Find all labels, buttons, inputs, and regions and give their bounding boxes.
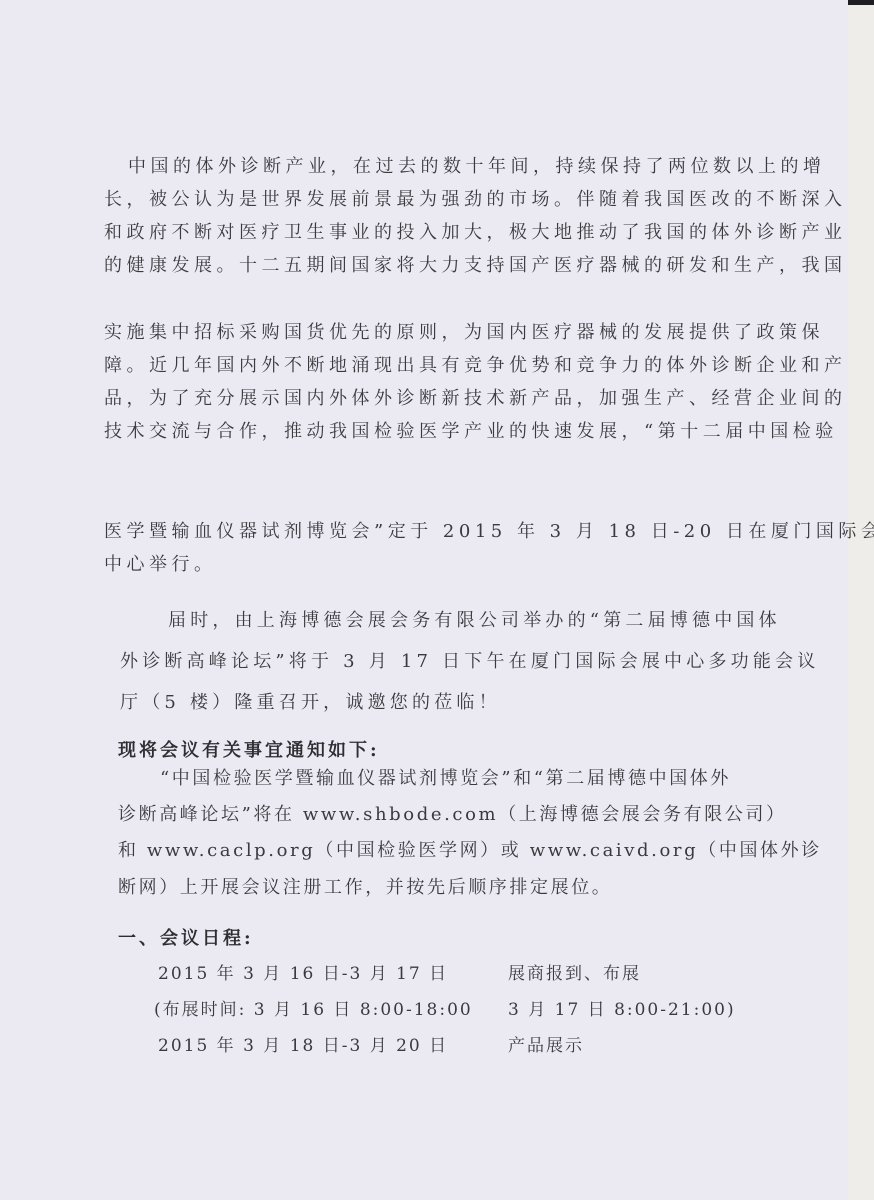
- scan-edge-bar: [848, 0, 874, 5]
- scanned-page: [0, 0, 848, 1200]
- schedule-activity: 3 月 17 日 8:00-21:00): [508, 995, 736, 1020]
- schedule-date: 2015 年 3 月 16 日-3 月 17 日: [158, 959, 448, 984]
- schedule-row: 2015 年 3 月 16 日-3 月 17 日 展商报到、布展: [158, 959, 758, 983]
- text-line: 的健康发展。十二五期间国家将大力支持国产医疗器械的研发和生产，我国: [104, 255, 847, 277]
- notice-heading: 现将会议有关事宜通知如下:: [118, 736, 380, 762]
- text-line: 长，被公认为是世界发展前景最为强劲的市场。伴随着我国医改的不断深入: [104, 189, 847, 211]
- schedule-activity: 产品展示: [508, 1031, 584, 1056]
- scan-edge-strip: [848, 0, 874, 1200]
- text-line: “中国检验医学暨输血仪器试剂博览会”和“第二届博德中国体外: [160, 768, 731, 790]
- text-line: 诊断高峰论坛”将在 www.shbode.com（上海博德会展会务有限公司）: [118, 804, 787, 826]
- text-line: 厅（5 楼）隆重召开，诚邀您的莅临！: [120, 692, 501, 714]
- text-line: 断网）上开展会议注册工作，并按先后顺序排定展位。: [118, 877, 612, 899]
- schedule-date: (布展时间: 3 月 16 日 8:00-18:00: [154, 995, 473, 1020]
- text-line: 和政府不断对医疗卫生事业的投入加大，极大地推动了我国的体外诊断产业: [104, 222, 847, 244]
- text-line: 障。近几年国内外不断地涌现出具有竞争优势和竞争力的体外诊断企业和产: [104, 355, 847, 377]
- text-line: 届时，由上海博德会展会务有限公司举办的“第二届博德中国体: [168, 610, 781, 632]
- text-line: 中国的体外诊断产业，在过去的数十年间，持续保持了两位数以上的增: [128, 156, 826, 178]
- section-title-schedule: 一、会议日程:: [118, 924, 254, 950]
- text-line: 医学暨输血仪器试剂博览会”定于 2015 年 3 月 18 日-20 日在厦门国…: [104, 521, 874, 543]
- text-line: 和 www.caclp.org（中国检验医学网）或 www.caivd.org（…: [118, 840, 822, 862]
- schedule-date: 2015 年 3 月 18 日-3 月 20 日: [158, 1031, 448, 1056]
- text-line: 品，为了充分展示国内外体外诊断新技术新产品，加强生产、经营企业间的: [104, 388, 847, 410]
- schedule-activity: 展商报到、布展: [508, 959, 641, 984]
- text-line: 外诊断高峰论坛”将于 3 月 17 日下午在厦门国际会展中心多功能会议: [120, 651, 819, 673]
- text-line: 技术交流与合作，推动我国检验医学产业的快速发展，“第十二届中国检验: [104, 421, 838, 443]
- schedule-row: (布展时间: 3 月 16 日 8:00-18:00 3 月 17 日 8:00…: [158, 995, 758, 1019]
- schedule-row: 2015 年 3 月 18 日-3 月 20 日 产品展示: [158, 1031, 758, 1055]
- text-line: 实施集中招标采购国货优先的原则，为国内医疗器械的发展提供了政策保: [104, 322, 824, 344]
- text-line: 中心举行。: [104, 554, 217, 576]
